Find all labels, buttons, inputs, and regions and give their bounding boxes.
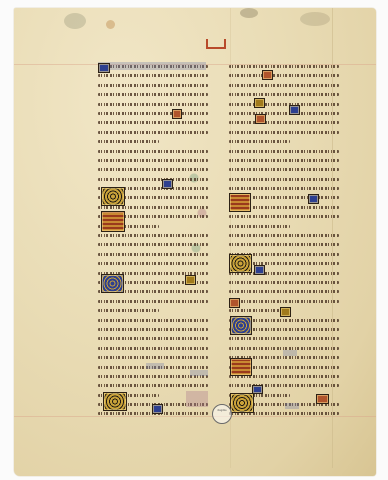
initial-red	[172, 109, 182, 119]
text-line	[229, 278, 339, 287]
text-line	[229, 90, 339, 99]
text-line	[229, 222, 339, 231]
text-line	[229, 81, 339, 90]
text-line	[98, 90, 208, 99]
text-line	[98, 118, 208, 127]
text-line	[98, 165, 208, 174]
text-line	[229, 147, 339, 156]
initial-large-gold	[103, 392, 127, 411]
text-line	[98, 81, 208, 90]
text-line	[229, 118, 339, 127]
text-line	[98, 156, 208, 165]
text-line	[229, 156, 339, 165]
text-line	[98, 147, 208, 156]
text-line	[229, 100, 339, 109]
text-line	[98, 128, 208, 137]
text-line	[98, 100, 208, 109]
initial-large-gold-red	[229, 193, 251, 212]
text-highlight	[146, 363, 164, 369]
text-line	[229, 231, 339, 240]
initial-blue	[254, 265, 265, 275]
text-line	[98, 240, 208, 249]
initial-gold	[185, 275, 196, 285]
initial-gold	[254, 98, 265, 108]
text-line	[229, 240, 339, 249]
text-line	[229, 128, 339, 137]
text-line	[229, 71, 339, 80]
text-line	[229, 212, 339, 221]
initial-large-gold-red	[101, 211, 125, 232]
initial-gold	[280, 307, 291, 317]
initial-large-blue-gold	[230, 316, 252, 335]
text-highlight	[186, 391, 208, 407]
running-header-mark: red rubricated bracket mark	[206, 39, 226, 49]
initial-red	[255, 114, 266, 124]
text-line	[98, 306, 208, 315]
initial-blue	[162, 179, 173, 189]
text-line	[229, 165, 339, 174]
text-highlight	[283, 350, 297, 356]
stain	[64, 13, 86, 29]
text-line	[98, 297, 208, 306]
initial-red	[229, 298, 240, 308]
initial-blue	[289, 105, 300, 115]
initial-blue	[98, 63, 110, 73]
text-line	[98, 325, 208, 334]
text-line	[229, 109, 339, 118]
text-line	[98, 381, 208, 390]
initial-red	[262, 70, 273, 80]
stain	[106, 20, 115, 29]
text-line	[98, 259, 208, 268]
text-highlight	[285, 403, 299, 409]
text-line	[229, 175, 339, 184]
stain	[240, 8, 258, 18]
text-line	[98, 175, 208, 184]
text-line	[229, 62, 339, 71]
initial-large-gold	[101, 187, 125, 206]
text-line	[229, 137, 339, 146]
text-line	[229, 287, 339, 296]
text-line	[98, 344, 208, 353]
text-line	[229, 297, 339, 306]
text-line	[98, 316, 208, 325]
text-line	[98, 250, 208, 259]
text-line	[98, 334, 208, 343]
text-line	[98, 71, 208, 80]
text-line	[98, 137, 208, 146]
initial-large-gold	[229, 254, 252, 273]
initial-large-blue-gold	[101, 274, 124, 293]
library-stamp: illegible	[212, 404, 232, 424]
initial-red	[316, 394, 329, 404]
initial-large-gold-red	[230, 358, 252, 376]
stain	[300, 12, 330, 26]
text-line	[229, 381, 339, 390]
text-line	[98, 109, 208, 118]
initial-blue	[308, 194, 319, 204]
text-line	[98, 231, 208, 240]
text-highlight	[98, 62, 206, 70]
text-highlight	[190, 370, 208, 376]
initial-large-gold	[230, 393, 254, 413]
text-line	[98, 353, 208, 362]
initial-blue	[152, 404, 163, 414]
text-line	[229, 334, 339, 343]
